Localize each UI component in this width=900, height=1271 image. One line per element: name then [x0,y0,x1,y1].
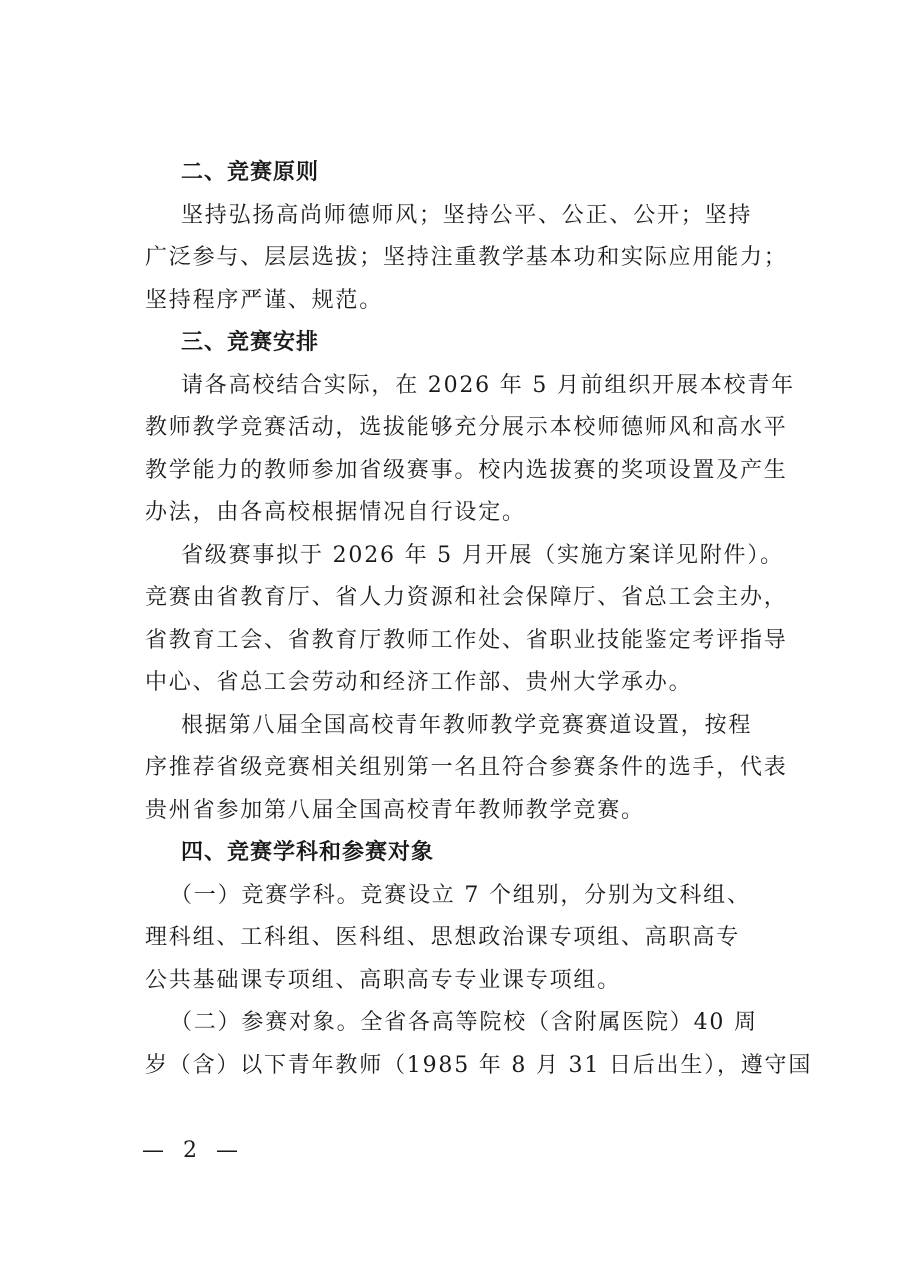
paragraph-line: （二）参赛对象。全省各高等院校（含附属医院）40 周 [170,1008,800,1038]
page-number: — 2 — [142,1138,244,1163]
paragraph-line: 序推荐省级竞赛相关组别第一名且符合参赛条件的选手，代表 [145,753,775,783]
paragraph-line: （一）竞赛学科。竞赛设立 7 个组别，分别为文科组、 [170,881,800,911]
section-heading-subjects: 四、竞赛学科和参赛对象 [181,838,775,868]
paragraph-line: 请各高校结合实际，在 2026 年 5 月前组织开展本校青年 [181,371,775,401]
paragraph-line: 坚持程序严谨、规范。 [145,286,775,316]
paragraph-line: 教师教学竞赛活动，选拔能够充分展示本校师德师风和高水平 [145,413,775,443]
paragraph-line: 中心、省总工会劳动和经济工作部、贵州大学承办。 [145,668,775,698]
paragraph-line: 省级赛事拟于 2026 年 5 月开展（实施方案详见附件）。 [181,541,775,571]
paragraph-line: 教学能力的教师参加省级赛事。校内选拔赛的奖项设置及产生 [145,456,775,486]
document-page: 二、竞赛原则 坚持弘扬高尚师德师风；坚持公平、公正、公开；坚持 广泛参与、层层选… [0,0,900,1271]
paragraph-line: 办法，由各高校根据情况自行设定。 [145,498,775,528]
paragraph-line: 公共基础课专项组、高职高专专业课专项组。 [145,966,775,996]
paragraph-line: 广泛参与、层层选拔；坚持注重教学基本功和实际应用能力； [145,243,775,273]
paragraph-line: 理科组、工科组、医科组、思想政治课专项组、高职高专 [145,923,775,953]
section-heading-arrangement: 三、竞赛安排 [181,328,775,358]
paragraph-line: 坚持弘扬高尚师德师风；坚持公平、公正、公开；坚持 [181,201,775,231]
paragraph-line: 根据第八届全国高校青年教师教学竞赛赛道设置，按程 [181,711,775,741]
paragraph-line: 竞赛由省教育厅、省人力资源和社会保障厅、省总工会主办， [145,583,775,613]
paragraph-line: 贵州省参加第八届全国高校青年教师教学竞赛。 [145,796,775,826]
paragraph-line: 省教育工会、省教育厅教师工作处、省职业技能鉴定考评指导 [145,626,775,656]
paragraph-line: 岁（含）以下青年教师（1985 年 8 月 31 日后出生），遵守国 [145,1051,775,1081]
section-heading-principles: 二、竞赛原则 [181,158,775,188]
